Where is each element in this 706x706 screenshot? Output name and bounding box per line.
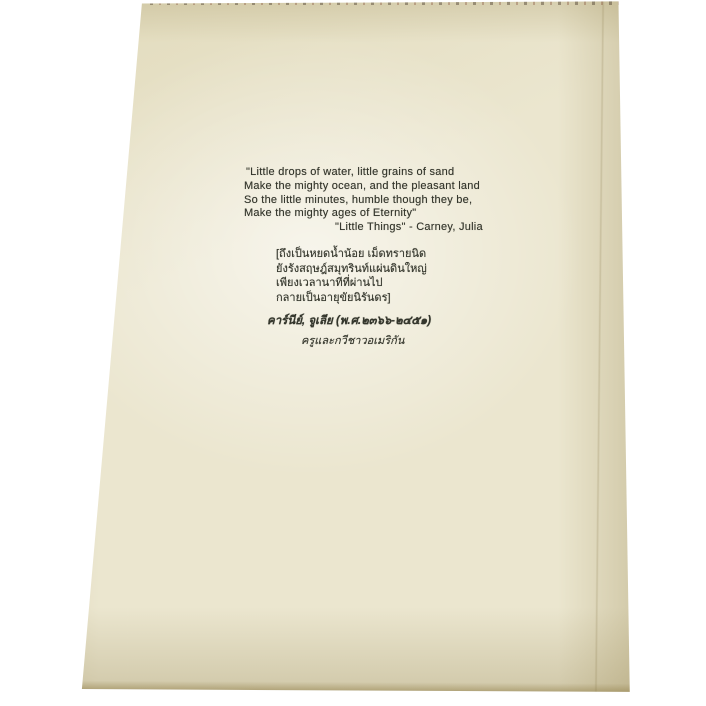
thai-translation-line: [ถึงเป็นหยดน้ำน้อย เม็ดทรายนิด	[276, 247, 427, 262]
page-text-layer: "Little drops of water, little grains of…	[0, 0, 706, 706]
photo-background: "Little drops of water, little grains of…	[0, 0, 706, 706]
english-quote-line: "Little drops of water, little grains of…	[246, 166, 483, 180]
thai-translation-line: กลายเป็นอายุขัยนิรันดร]	[276, 291, 427, 306]
english-quote-line: Make the mighty ocean, and the pleasant …	[244, 180, 483, 194]
thai-translation-line: ยังรังสฤษฎ์สมุทรินท์แผ่นดินใหญ่	[276, 262, 427, 277]
thai-author-line: คาร์นีย์, จูเลีย (พ.ศ.๒๓๖๖-๒๔๕๑)	[267, 312, 431, 330]
thai-translation-line: เพียงเวลานาทีที่ผ่านไป	[276, 276, 427, 291]
quote-attribution: "Little Things" - Carney, Julia	[335, 221, 483, 235]
thai-translation-block: [ถึงเป็นหยดน้ำน้อย เม็ดทรายนิด ยังรังสฤษ…	[276, 247, 427, 306]
english-quote-line: Make the mighty ages of Eternity"	[244, 207, 483, 221]
english-quote-block: "Little drops of water, little grains of…	[244, 166, 483, 235]
english-quote-line: So the little minutes, humble though the…	[244, 194, 483, 208]
thai-author-description: ครูและกวีชาวอเมริกัน	[301, 331, 404, 349]
